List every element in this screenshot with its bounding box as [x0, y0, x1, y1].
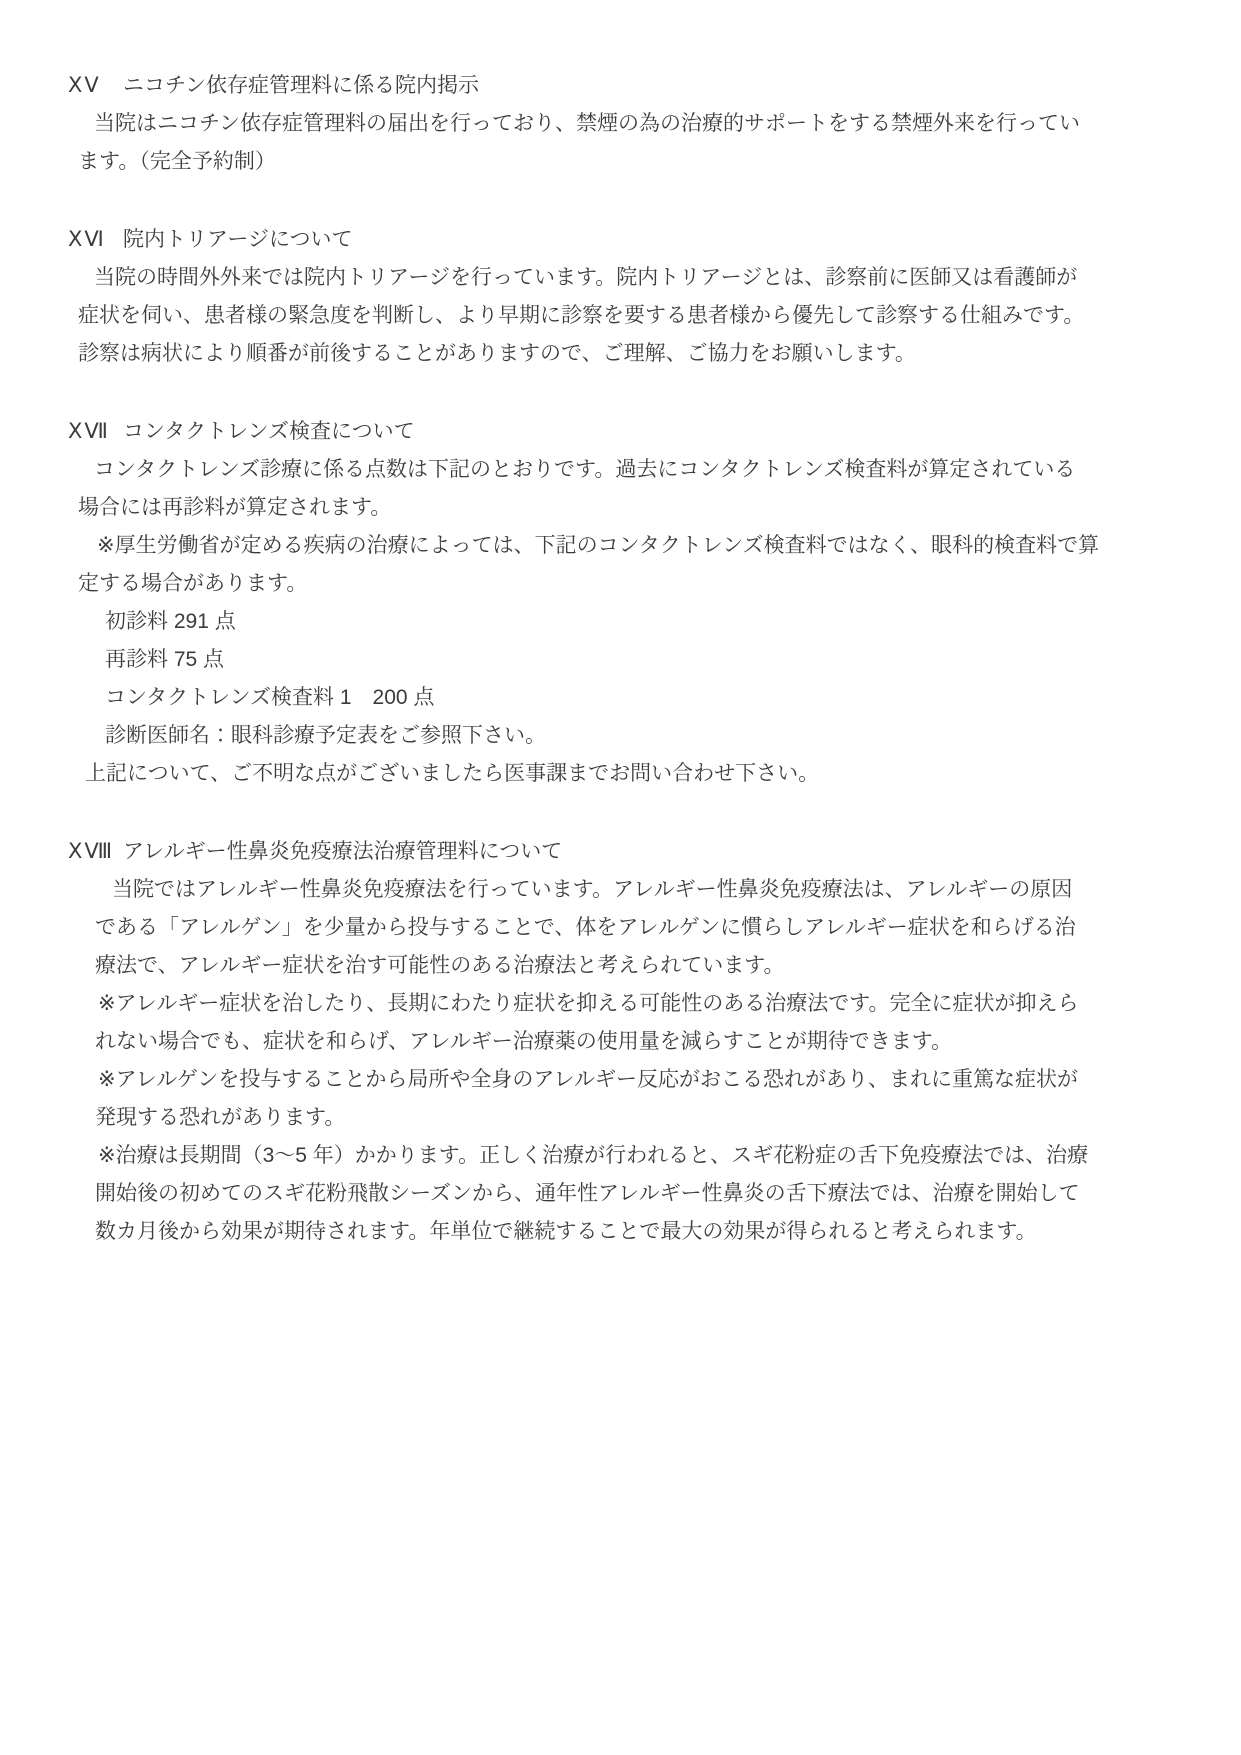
section-heading: ⅩⅤ ニコチン依存症管理料に係る院内掲示: [68, 67, 1191, 105]
document-section: ⅩⅧ アレルギー性鼻炎免疫療法治療管理料について 当院ではアレルギー性鼻炎免疫療…: [68, 833, 1191, 1251]
text-line: ※アレルゲンを投与することから局所や全身のアレルギー反応がおこる恐れがあり、まれ…: [98, 1061, 1191, 1099]
text-line: である「アレルゲン」を少量から投与することで、体をアレルゲンに慣らしアレルギー症…: [95, 909, 1191, 947]
text-line: 定する場合があります。: [78, 565, 1191, 603]
document-section: ⅩⅦ コンタクトレンズ検査について コンタクトレンズ診療に係る点数は下記のとおり…: [68, 413, 1191, 793]
text-line: ます。（完全予約制）: [78, 143, 1191, 181]
section-number: ⅩⅥ: [68, 221, 123, 259]
document-section: ⅩⅥ 院内トリアージについて 当院の時間外外来では院内トリアージを行っています。…: [68, 221, 1191, 373]
document-section: ⅩⅤ ニコチン依存症管理料に係る院内掲示 当院はニコチン依存症管理料の届出を行っ…: [68, 67, 1191, 181]
section-number: ⅩⅧ: [68, 833, 123, 871]
text-line: 数カ月後から効果が期待されます。年単位で継続することで最大の効果が得られると考え…: [95, 1213, 1191, 1251]
text-line: 発現する恐れがあります。: [95, 1099, 1191, 1137]
document-page: ⅩⅤ ニコチン依存症管理料に係る院内掲示 当院はニコチン依存症管理料の届出を行っ…: [0, 0, 1241, 1755]
text-line: 開始後の初めてのスギ花粉飛散シーズンから、通年性アレルギー性鼻炎の舌下療法では、…: [95, 1175, 1191, 1213]
text-line: 初診料 291 点: [105, 603, 1191, 641]
section-number: ⅩⅦ: [68, 413, 123, 451]
text-line: ※治療は長期間（3～5 年）かかります。正しく治療が行われると、スギ花粉症の舌下…: [98, 1137, 1191, 1175]
section-title: コンタクトレンズ検査について: [123, 413, 415, 451]
document-content: ⅩⅤ ニコチン依存症管理料に係る院内掲示 当院はニコチン依存症管理料の届出を行っ…: [68, 67, 1191, 1251]
section-number: ⅩⅤ: [68, 67, 123, 105]
section-heading: ⅩⅥ 院内トリアージについて: [68, 221, 1191, 259]
text-line: ※アレルギー症状を治したり、長期にわたり症状を抑える可能性のある治療法です。完全…: [98, 985, 1191, 1023]
text-line: 診察は病状により順番が前後することがありますので、ご理解、ご協力をお願いします。: [78, 335, 1191, 373]
text-line: 症状を伺い、患者様の緊急度を判断し、より早期に診察を要する患者様から優先して診察…: [78, 297, 1191, 335]
section-title: 院内トリアージについて: [123, 221, 353, 259]
text-line: 再診料 75 点: [105, 641, 1191, 679]
text-line: 当院ではアレルギー性鼻炎免疫療法を行っています。アレルギー性鼻炎免疫療法は、アレ…: [112, 871, 1191, 909]
text-line: 当院の時間外外来では院内トリアージを行っています。院内トリアージとは、診察前に医…: [94, 259, 1191, 297]
text-line: コンタクトレンズ診療に係る点数は下記のとおりです。過去にコンタクトレンズ検査料が…: [94, 451, 1191, 489]
text-line: ※厚生労働省が定める疾病の治療によっては、下記のコンタクトレンズ検査料ではなく、…: [97, 527, 1191, 565]
text-line: れない場合でも、症状を和らげ、アレルギー治療薬の使用量を減らすことが期待できます…: [95, 1023, 1191, 1061]
text-line: 診断医師名：眼科診療予定表をご参照下さい。: [105, 717, 1191, 755]
section-title: アレルギー性鼻炎免疫療法治療管理料について: [123, 833, 562, 871]
text-line: 当院はニコチン依存症管理料の届出を行っており、禁煙の為の治療的サポートをする禁煙…: [94, 105, 1191, 143]
section-title: ニコチン依存症管理料に係る院内掲示: [123, 67, 479, 105]
text-line: 上記について、ご不明な点がございましたら医事課までお問い合わせ下さい。: [85, 755, 1191, 793]
text-line: 療法で、アレルギー症状を治す可能性のある治療法と考えられています。: [95, 947, 1191, 985]
section-heading: ⅩⅧ アレルギー性鼻炎免疫療法治療管理料について: [68, 833, 1191, 871]
text-line: 場合には再診料が算定されます。: [78, 489, 1191, 527]
text-line: コンタクトレンズ検査料 1 200 点: [105, 679, 1191, 717]
section-heading: ⅩⅦ コンタクトレンズ検査について: [68, 413, 1191, 451]
